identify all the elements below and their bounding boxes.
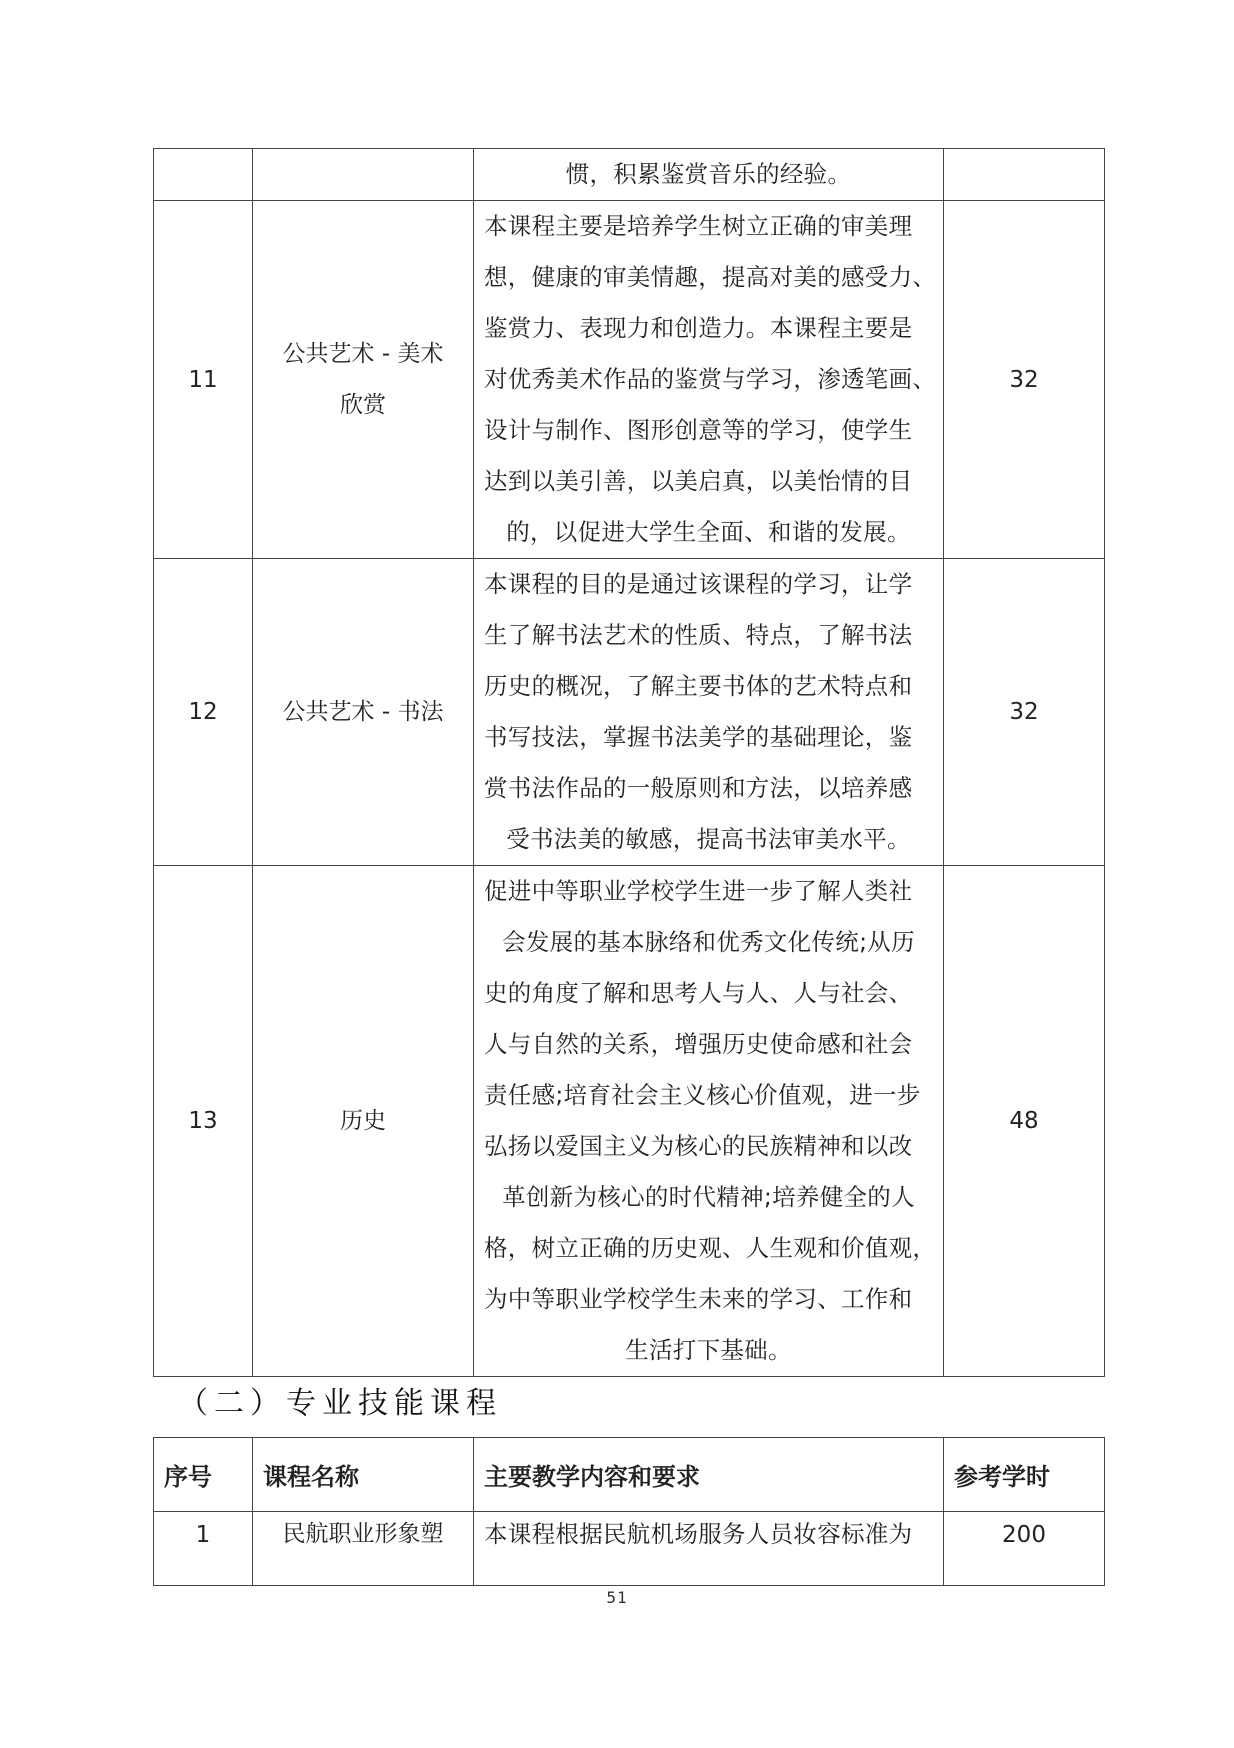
table-row: 1 民航职业形象塑 本课程根据民航机场服务人员妆容标准为 200 xyxy=(154,1512,1105,1586)
course-hours: 200 xyxy=(944,1512,1105,1586)
course-description: 本课程主要是培养学生树立正确的审美理 想，健康的审美情趣，提高对美的感受力、 鉴… xyxy=(474,201,944,559)
course-hours: 48 xyxy=(944,866,1105,1377)
professional-courses-table: 序号 课程名称 主要教学内容和要求 参考学时 1 民航职业形象塑 本课程根据民航… xyxy=(153,1437,1105,1586)
section-title: （二）专业技能课程 xyxy=(178,1378,502,1422)
course-hours: 32 xyxy=(944,559,1105,866)
header-content: 主要教学内容和要求 xyxy=(474,1438,944,1512)
header-index: 序号 xyxy=(154,1438,253,1512)
general-courses-table: 惯，积累鉴赏音乐的经验。 11 公共艺术 - 美术 欣赏 本课程主要是培养学生树… xyxy=(153,148,1105,1377)
row-index: 12 xyxy=(154,559,253,866)
course-description: 本课程根据民航机场服务人员妆容标准为 xyxy=(474,1512,944,1586)
row-index: 11 xyxy=(154,201,253,559)
course-hours xyxy=(944,149,1105,201)
course-name: 民航职业形象塑 xyxy=(253,1512,474,1586)
page-number: 51 xyxy=(0,1588,1234,1607)
course-hours: 32 xyxy=(944,201,1105,559)
course-description: 惯，积累鉴赏音乐的经验。 xyxy=(474,149,944,201)
course-description: 促进中等职业学校学生进一步了解人类社 会发展的基本脉络和优秀文化传统;从历 史的… xyxy=(474,866,944,1377)
table-row: 惯，积累鉴赏音乐的经验。 xyxy=(154,149,1105,201)
row-index xyxy=(154,149,253,201)
course-name: 公共艺术 - 书法 xyxy=(253,559,474,866)
course-description: 本课程的目的是通过该课程的学习，让学 生了解书法艺术的性质、特点，了解书法 历史… xyxy=(474,559,944,866)
row-index: 13 xyxy=(154,866,253,1377)
course-name: 历史 xyxy=(253,866,474,1377)
header-hours: 参考学时 xyxy=(944,1438,1105,1512)
course-name xyxy=(253,149,474,201)
table-header-row: 序号 课程名称 主要教学内容和要求 参考学时 xyxy=(154,1438,1105,1512)
table-row: 13 历史 促进中等职业学校学生进一步了解人类社 会发展的基本脉络和优秀文化传统… xyxy=(154,866,1105,1377)
row-index: 1 xyxy=(154,1512,253,1586)
course-name: 公共艺术 - 美术 欣赏 xyxy=(253,201,474,559)
table-row: 12 公共艺术 - 书法 本课程的目的是通过该课程的学习，让学 生了解书法艺术的… xyxy=(154,559,1105,866)
table-row: 11 公共艺术 - 美术 欣赏 本课程主要是培养学生树立正确的审美理 想，健康的… xyxy=(154,201,1105,559)
header-course-name: 课程名称 xyxy=(253,1438,474,1512)
